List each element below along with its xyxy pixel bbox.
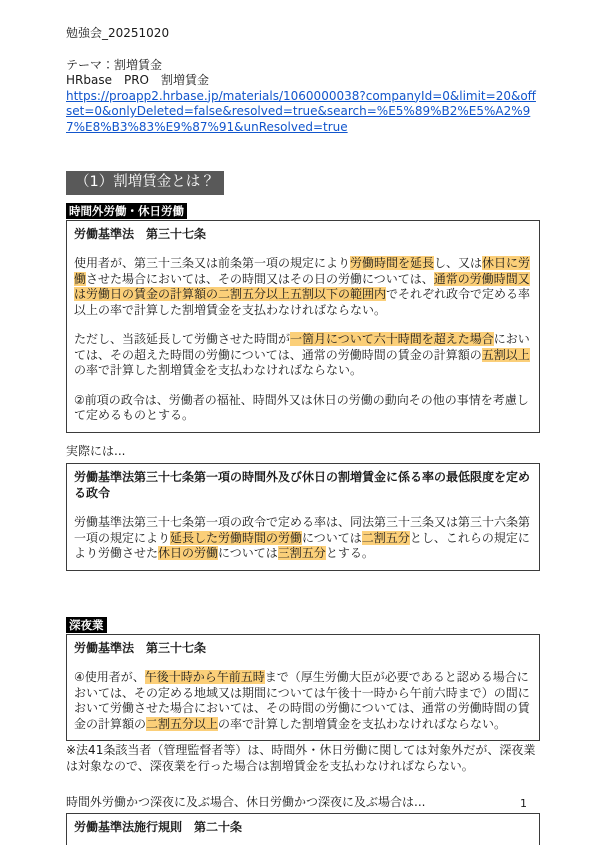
law-box-overtime: 労働基準法 第三十七条 使用者が、第三十三条又は前条第一項の規定により労働時間を… (66, 220, 540, 433)
law-text-segment: の率で計算した割増賃金を支払わなければならない。 (74, 363, 362, 377)
theme-line: テーマ：割増賃金 (66, 58, 540, 74)
highlighted-text: 二割五分 (362, 531, 410, 545)
law-box-ordinance: 労働基準法第三十七条第一項の時間外及び休日の割増賃金に係る率の最低限度を定める政… (66, 463, 540, 571)
law-text-paragraph: ただし、当該延長して労働させた時間が一箇月について六十時間を超えた場合においては… (74, 332, 532, 379)
law-text-segment: ④使用者が、 (74, 670, 145, 684)
label-overtime-holiday: 時間外労働・休日労働 (66, 203, 187, 219)
law-text-paragraph: 労働基準法第三十七条第一項の政令で定める率は、同法第三十三条又は第三十六条第一項… (74, 515, 532, 562)
document-page: 勉強会_20251020 テーマ：割増賃金 HRbase PRO 割増賃金 ht… (0, 0, 597, 845)
law-box-title: 労働基準法 第三十七条 (74, 227, 532, 243)
law-text-segment: させた場合においては、その時間又はその日の労働については、 (86, 272, 434, 286)
material-link[interactable]: https://proapp2.hrbase.jp/materials/1060… (66, 89, 540, 136)
highlighted-text: 三割五分 (278, 546, 326, 560)
label-night-work: 深夜業 (66, 617, 107, 633)
law-text-paragraph: 使用者が、第三十三条又は前条第一項の規定により労働時間を延長し、又は休日に労働さ… (74, 256, 532, 318)
product-line: HRbase PRO 割増賃金 (66, 73, 540, 89)
highlighted-text: 労働時間を延長 (350, 256, 434, 270)
law-text-segment: ②前項の政令は、労働者の福祉、時間外又は休日の労働の動向その他の事情を考慮して定… (74, 393, 529, 423)
highlighted-text: 午後十時から午前五時 (145, 670, 265, 684)
law-box-title: 労働基準法第三十七条第一項の時間外及び休日の割増賃金に係る率の最低限度を定める政… (74, 470, 532, 501)
law-text-segment: し、又は (434, 256, 482, 270)
law-box-title: 労働基準法 第三十七条 (74, 641, 532, 657)
law-text-segment: については (218, 546, 278, 560)
law-text-paragraph: ②前項の政令は、労働者の福祉、時間外又は休日の労働の動向その他の事情を考慮して定… (74, 393, 532, 424)
law-text-segment: 使用者が、第三十三条又は前条第一項の規定により (74, 256, 350, 270)
law-text-segment: については (302, 531, 362, 545)
law-text-segment: とする。 (326, 546, 374, 560)
highlighted-text: 二割五分以上 (146, 717, 218, 731)
law-box-enforcement-rule: 労働基準法施行規則 第二十条 (66, 813, 540, 845)
transition-text: 時間外労働かつ深夜に及ぶ場合、休日労働かつ深夜に及ぶ場合は... (66, 795, 540, 811)
highlighted-text: 延長した労働時間の労働 (170, 531, 302, 545)
lead-in-text: 実際には... (66, 444, 540, 460)
law-box-title: 労働基準法施行規則 第二十条 (74, 820, 532, 836)
page-number: 1 (520, 796, 527, 812)
note-article41: ※法41条該当者（管理監督者等）は、時間外・休日労働に関しては対象外だが、深夜業… (66, 743, 540, 774)
section-heading: （1）割増賃金とは？ (66, 171, 224, 195)
highlighted-text: 休日の労働 (158, 546, 218, 560)
law-text-segment: ただし、当該延長して労働させた時間が (74, 332, 290, 346)
highlighted-text: 一箇月について六十時間を超えた場合 (290, 332, 494, 346)
theme-block: テーマ：割増賃金 HRbase PRO 割増賃金 https://proapp2… (66, 58, 540, 136)
highlighted-text: 五割以上 (482, 348, 530, 362)
law-box-night-work: 労働基準法 第三十七条 ④使用者が、午後十時から午前五時まで（厚生労働大臣が必要… (66, 634, 540, 742)
law-text-paragraph: ④使用者が、午後十時から午前五時まで（厚生労働大臣が必要であると認める場合におい… (74, 670, 532, 732)
law-text-segment: の率で計算した割増賃金を支払わなければならない。 (218, 717, 506, 731)
doc-title: 勉強会_20251020 (66, 26, 540, 42)
